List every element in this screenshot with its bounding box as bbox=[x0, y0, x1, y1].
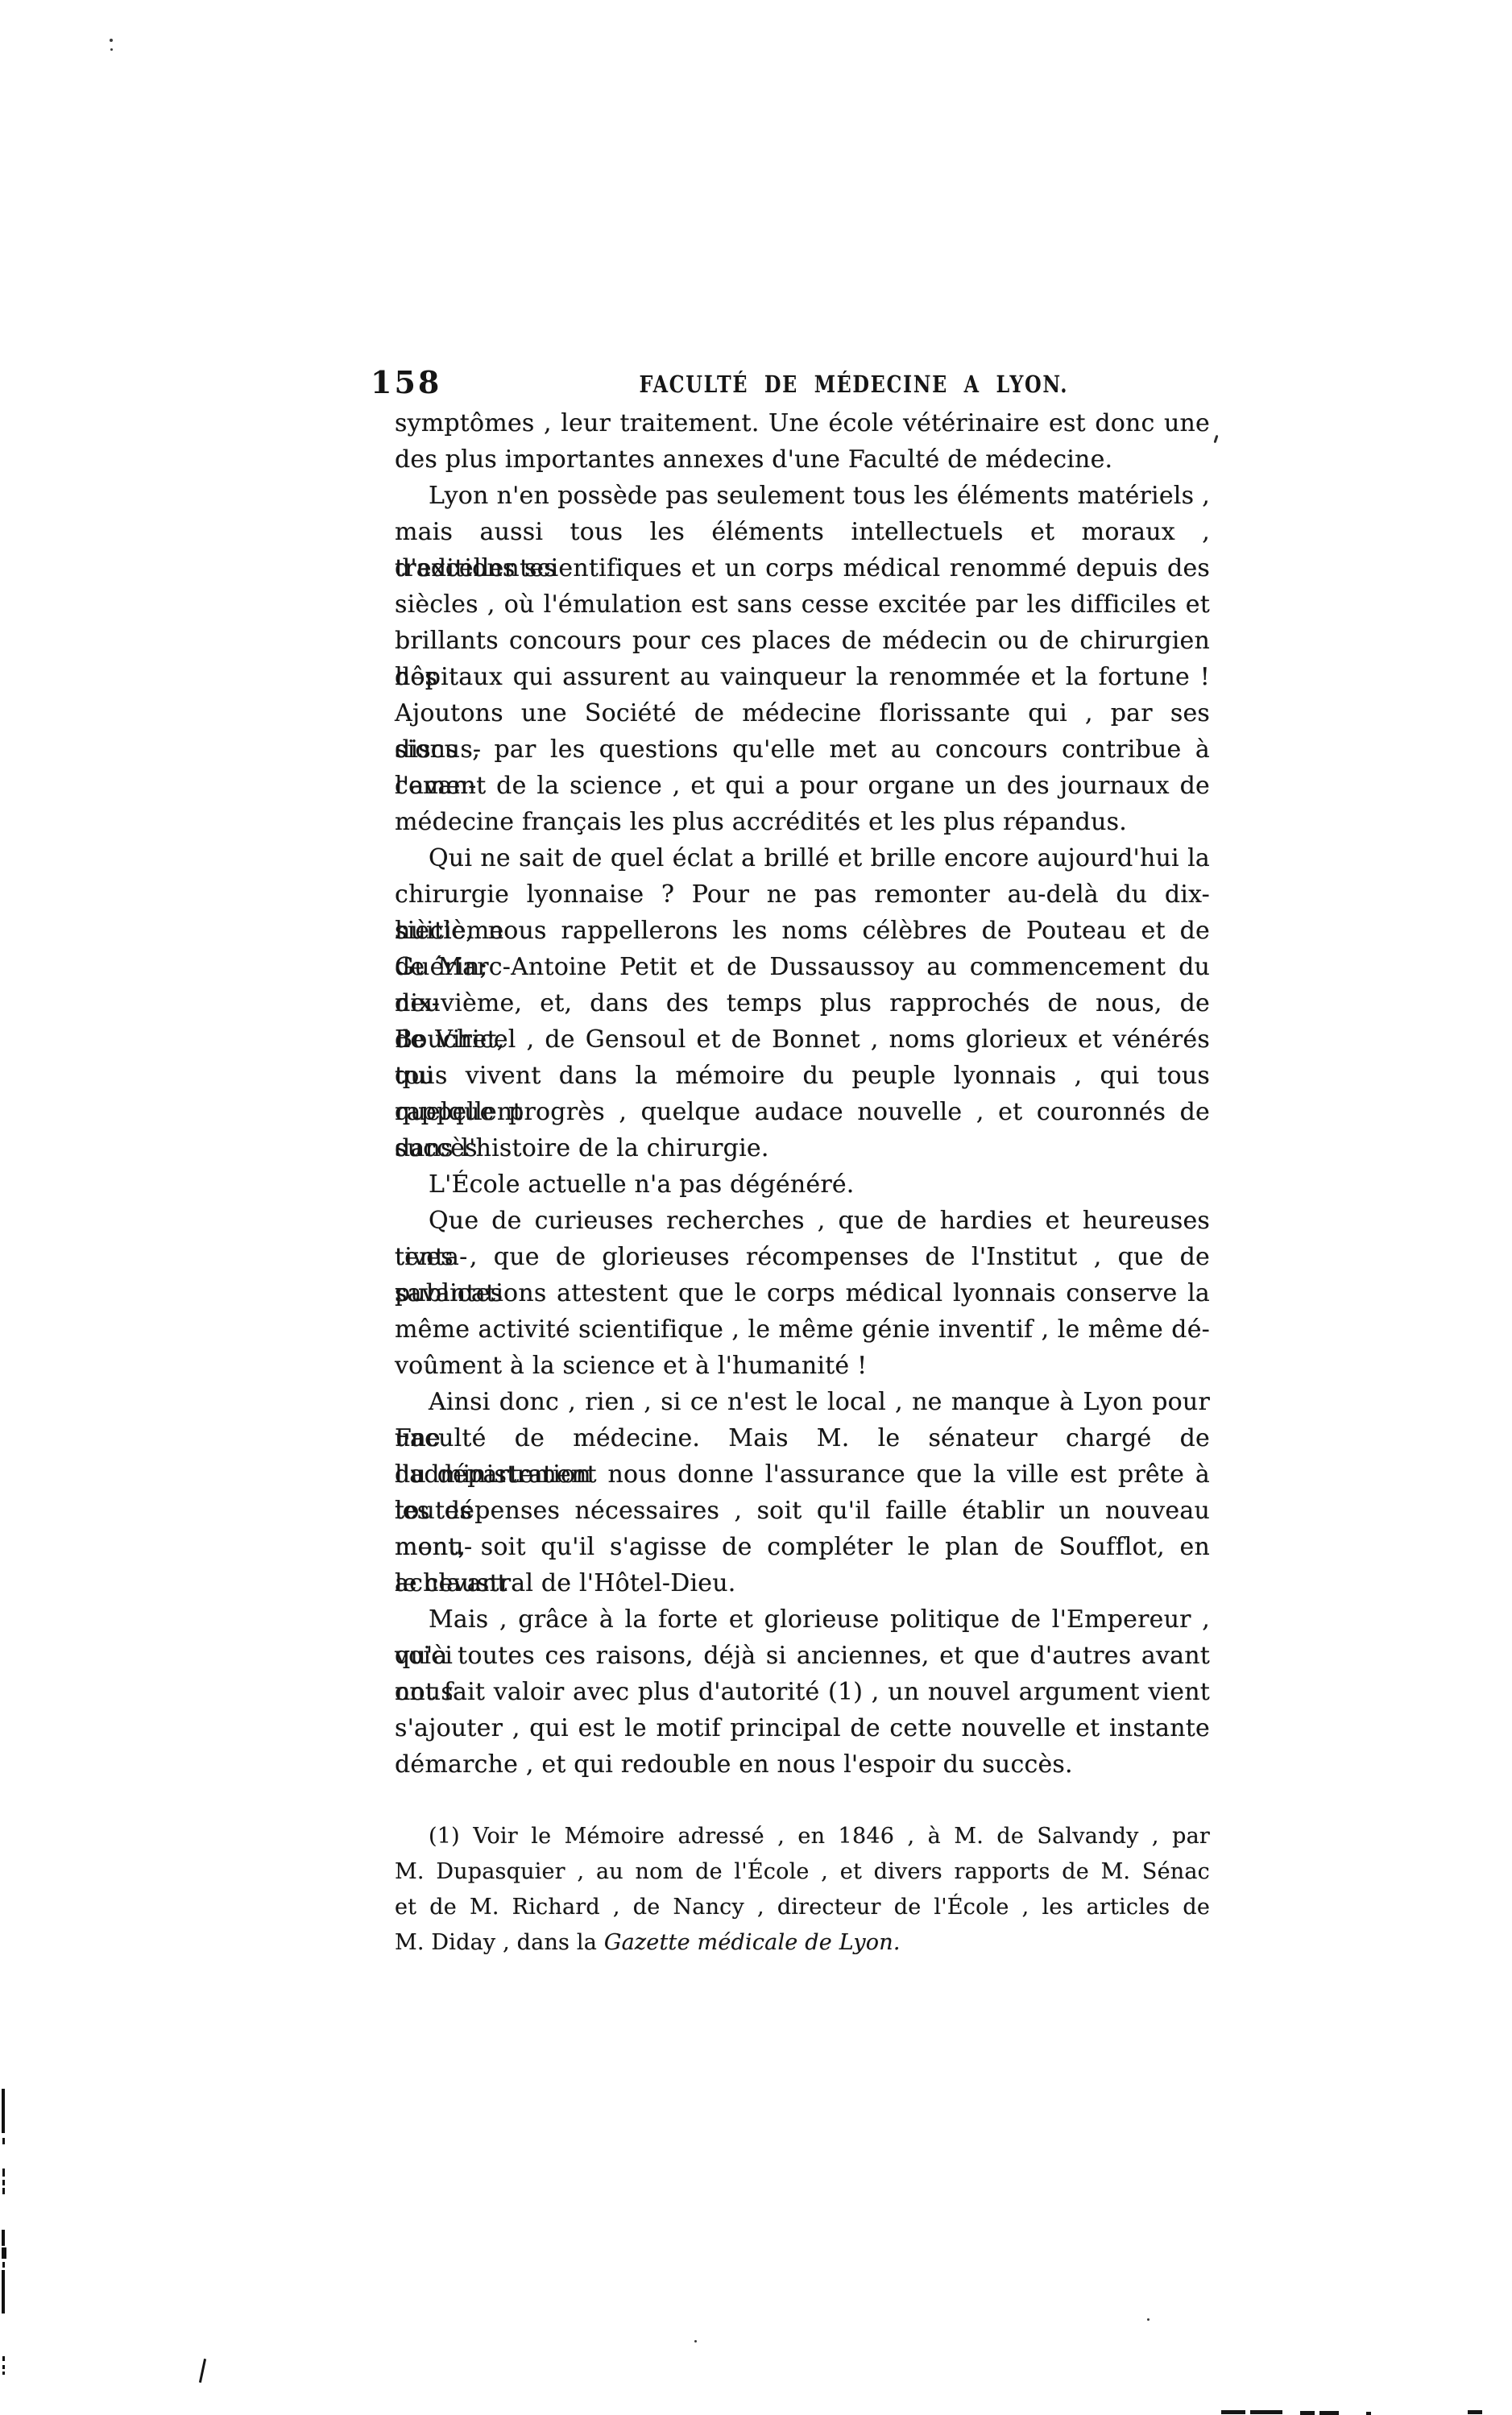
scan-edge-line-segment bbox=[2, 2270, 5, 2314]
scan-bottom-dash bbox=[1319, 2411, 1339, 2415]
scan-edge-line-segment bbox=[2, 2356, 5, 2361]
scan-edge-line-segment bbox=[2, 2262, 5, 2268]
scan-edge-line-segment bbox=[2, 2089, 5, 2133]
text-line: Faculté de médecine. Mais M. le sénateur… bbox=[395, 1420, 1210, 1456]
text-line: voûment à la science et à l'humanité ! bbox=[395, 1348, 1210, 1384]
text-line: le claustral de l'Hôtel-Dieu. bbox=[395, 1565, 1210, 1601]
text-line: qu'à toutes ces raisons, déjà si ancienn… bbox=[395, 1638, 1210, 1674]
text-line: médecine français les plus accrédités et… bbox=[395, 804, 1210, 840]
text-line: L'École actuelle n'a pas dégénéré. bbox=[395, 1166, 1210, 1203]
text-line: de Viricel , de Gensoul et de Bonnet , n… bbox=[395, 1021, 1210, 1058]
scan-speck bbox=[1147, 2318, 1150, 2321]
text-line: les dépenses nécessaires , soit qu'il fa… bbox=[395, 1493, 1210, 1529]
running-title: FACULTÉ DE MÉDECINE A LYON. bbox=[495, 371, 1212, 398]
running-head: 158 FACULTÉ DE MÉDECINE A LYON. bbox=[367, 364, 1212, 403]
scan-edge-line-segment bbox=[2, 2230, 5, 2246]
scan-edge-line-segment bbox=[2, 2247, 6, 2259]
text-line: et de M. Richard , de Nancy , directeur … bbox=[395, 1890, 1210, 1925]
text-line: de Marc-Antoine Petit et de Dussaussoy a… bbox=[395, 949, 1210, 985]
scan-edge-line-segment bbox=[2, 2169, 5, 2177]
text-line: Ainsi donc , rien , si ce n'est le local… bbox=[395, 1384, 1210, 1420]
text-line: ont fait valoir avec plus d'autorité (1)… bbox=[395, 1674, 1210, 1710]
scan-edge-line-segment bbox=[2, 2188, 5, 2194]
text-line: mais aussi tous les éléments intellectue… bbox=[395, 514, 1210, 550]
running-title-text: FACULTÉ DE MÉDECINE A LYON. bbox=[640, 371, 1069, 398]
text-line: ment, soit qu'il s'agisse de compléter l… bbox=[395, 1529, 1210, 1565]
text-line: brillants concours pour ces places de mé… bbox=[395, 623, 1210, 659]
scan-bottom-dash bbox=[1250, 2410, 1282, 2414]
text-line: Ajoutons une Société de médecine floriss… bbox=[395, 695, 1210, 731]
scan-bottom-dash bbox=[1300, 2411, 1315, 2415]
text-line: quelque progrès , quelque audace nouvell… bbox=[395, 1094, 1210, 1130]
scan-speck bbox=[110, 39, 113, 42]
text-line: même activité scientifique , le même gén… bbox=[395, 1311, 1210, 1348]
text-line: neuvième, et, dans des temps plus rappro… bbox=[395, 985, 1210, 1021]
text-line: M. Dupasquier , au nom de l'École , et d… bbox=[395, 1854, 1210, 1890]
body-text: symptômes , leur traitement. Une école v… bbox=[395, 405, 1210, 1783]
text-line: hôpitaux qui assurent au vainqueur la re… bbox=[395, 659, 1210, 695]
text-line: Mais , grâce à la forte et glorieuse pol… bbox=[395, 1601, 1210, 1638]
text-line: s'ajouter , qui est le motif principal d… bbox=[395, 1710, 1210, 1746]
scan-edge-line-segment bbox=[2, 2138, 5, 2144]
scan-bottom-dash bbox=[1468, 2410, 1482, 2414]
scan-slash-mark bbox=[199, 2359, 206, 2383]
italic-text-segment: Gazette médicale de Lyon. bbox=[604, 1930, 901, 1955]
scan-speck bbox=[110, 48, 113, 51]
text-line: dans l'histoire de la chirurgie. bbox=[395, 1130, 1210, 1166]
scan-edge-line-segment bbox=[2, 2372, 5, 2375]
scan-speck bbox=[694, 2340, 697, 2343]
scan-speck bbox=[1214, 435, 1219, 443]
text-line: traditions scientifiques et un corps méd… bbox=[395, 550, 1210, 586]
scan-bottom-dash bbox=[1366, 2412, 1371, 2415]
text-line: cement de la science , et qui a pour org… bbox=[395, 768, 1210, 804]
text-line: Qui ne sait de quel éclat a brillé et br… bbox=[395, 840, 1210, 876]
text-line: M. Diday , dans la Gazette médicale de L… bbox=[395, 1925, 1210, 1961]
text-line: chirurgie lyonnaise ? Pour ne pas remont… bbox=[395, 876, 1210, 913]
text-line: tous vivent dans la mémoire du peuple ly… bbox=[395, 1058, 1210, 1094]
text-line: symptômes , leur traitement. Une école v… bbox=[395, 405, 1210, 441]
text-segment: M. Diday , dans la bbox=[395, 1930, 604, 1955]
text-line: sions , par les questions qu'elle met au… bbox=[395, 731, 1210, 768]
text-line: publications attestent que le corps médi… bbox=[395, 1275, 1210, 1311]
text-line: siècles , où l'émulation est sans cesse … bbox=[395, 586, 1210, 623]
text-line: siècle, nous rappellerons les noms célèb… bbox=[395, 913, 1210, 949]
text-line: (1) Voir le Mémoire adressé , en 1846 , … bbox=[395, 1819, 1210, 1854]
text-line: Que de curieuses recherches , que de har… bbox=[395, 1203, 1210, 1239]
text-line: Lyon n'en possède pas seulement tous les… bbox=[395, 478, 1210, 514]
scan-edge-line-segment bbox=[2, 2180, 5, 2185]
text-line: du département nous donne l'assurance qu… bbox=[395, 1456, 1210, 1493]
page-number: 158 bbox=[371, 364, 441, 400]
text-line: des plus importantes annexes d'une Facul… bbox=[395, 441, 1210, 478]
scan-edge-line-segment bbox=[2, 2365, 5, 2369]
text-line: tives , que de glorieuses récompenses de… bbox=[395, 1239, 1210, 1275]
footnote-text: (1) Voir le Mémoire adressé , en 1846 , … bbox=[395, 1819, 1210, 1961]
scanned-book-page: 158 FACULTÉ DE MÉDECINE A LYON. symptôme… bbox=[0, 0, 1512, 2415]
text-line: démarche , et qui redouble en nous l'esp… bbox=[395, 1746, 1210, 1783]
scan-bottom-dash bbox=[1221, 2410, 1245, 2414]
